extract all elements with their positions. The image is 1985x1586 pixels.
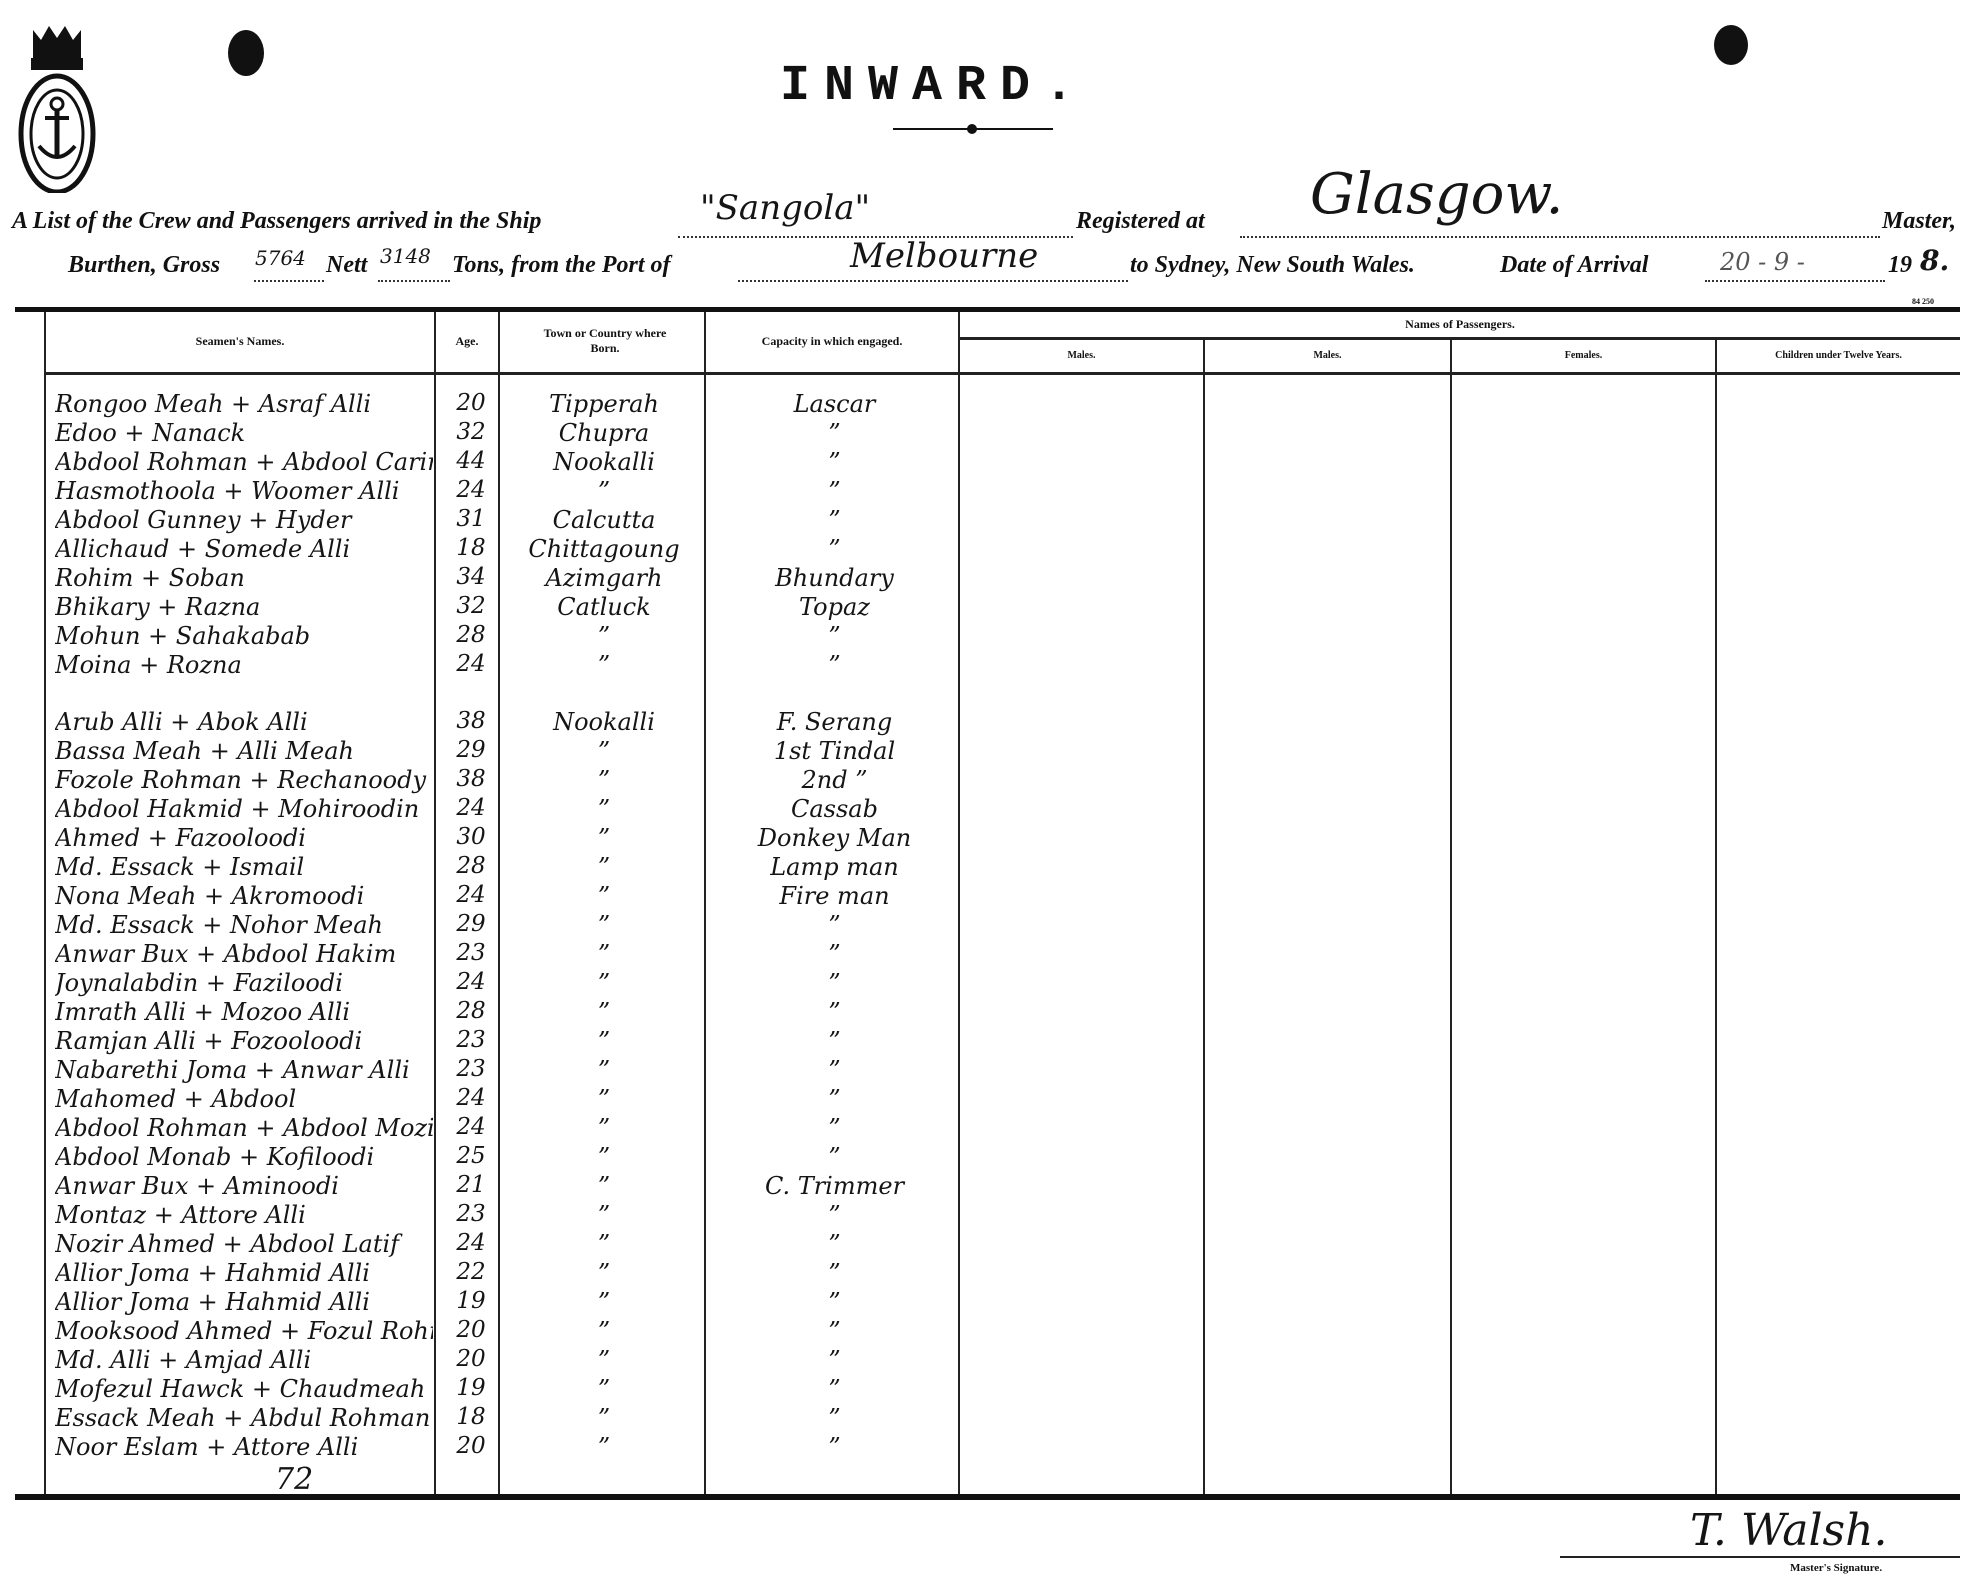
table-row: Joynalabdin + Faziloodi24”” (0, 969, 960, 998)
town-born-cell: Catluck (505, 593, 703, 621)
header-children: Children under Twelve Years. (1717, 350, 1960, 361)
seaman-name-cell: Md. Alli + Amjad Alli (55, 1346, 433, 1374)
capacity-cell: ” (712, 1288, 957, 1316)
table-top-rule (15, 307, 1960, 312)
capacity-cell: Topaz (712, 593, 957, 621)
table-row: Imrath Alli + Mozoo Alli28”” (0, 998, 960, 1027)
capacity-cell: ” (712, 940, 957, 968)
crew-total-count: 72 (275, 1462, 313, 1497)
table-row: Nona Meah + Akromoodi24”Fire man (0, 882, 960, 911)
header-town-born: Town or Country where Born. (530, 326, 680, 356)
from-port-field[interactable]: Melbourne (850, 236, 1038, 276)
capacity-cell: ” (712, 1375, 957, 1403)
age-cell: 29 (445, 737, 497, 763)
table-row: Abdool Rohman + Abdool Mozid24”” (0, 1114, 960, 1143)
table-row: Mooksood Ahmed + Fozul Rohman20”” (0, 1317, 960, 1346)
capacity-cell: 2nd ” (712, 766, 957, 794)
age-cell: 44 (445, 448, 497, 474)
town-born-cell: ” (505, 1317, 703, 1345)
col-border-females-children (1715, 340, 1717, 1494)
table-row: Md. Essack + Ismail28”Lamp man (0, 853, 960, 882)
seaman-name-cell: Montaz + Attore Alli (55, 1201, 433, 1229)
town-born-cell: ” (505, 1346, 703, 1374)
age-cell: 38 (445, 708, 497, 734)
ship-name-field[interactable]: "Sangola" (700, 188, 870, 228)
capacity-cell: ” (712, 419, 957, 447)
seaman-name-cell: Mooksood Ahmed + Fozul Rohman (55, 1317, 433, 1345)
gross-underline (254, 280, 324, 282)
table-row: Ahmed + Fazooloodi30”Donkey Man (0, 824, 960, 853)
seaman-name-cell: Allior Joma + Hahmid Alli (55, 1259, 433, 1287)
col-border-males-males (1203, 340, 1205, 1494)
seaman-name-cell: Essack Meah + Abdul Rohman (55, 1404, 433, 1432)
capacity-cell: ” (712, 1259, 957, 1287)
town-born-cell: Azimgarh (505, 564, 703, 592)
town-born-cell: ” (505, 1172, 703, 1200)
capacity-cell: ” (712, 1230, 957, 1258)
seaman-name-cell: Allichaud + Somede Alli (55, 535, 433, 563)
header-names-of-passengers: Names of Passengers. (960, 317, 1960, 332)
arrival-date-field[interactable]: 20 - 9 - (1720, 248, 1805, 276)
town-born-cell: ” (505, 766, 703, 794)
town-born-cell: ” (505, 1433, 703, 1461)
col-border-males-females (1450, 340, 1452, 1494)
capacity-cell: C. Trimmer (712, 1172, 957, 1200)
seaman-name-cell: Moina + Rozna (55, 651, 433, 679)
capacity-cell: ” (712, 1201, 957, 1229)
age-cell: 38 (445, 766, 497, 792)
capacity-cell: Donkey Man (712, 824, 957, 852)
capacity-cell: Fire man (712, 882, 957, 910)
table-row: Abdool Hakmid + Mohiroodin24”Cassab (0, 795, 960, 824)
table-row: Ramjan Alli + Fozooloodi23”” (0, 1027, 960, 1056)
table-row: Mohun + Sahakabab28”” (0, 622, 960, 651)
age-cell: 31 (445, 506, 497, 532)
town-born-cell: ” (505, 998, 703, 1026)
registered-underline (1240, 236, 1880, 238)
age-cell: 18 (445, 1404, 497, 1430)
table-row: Hasmothoola + Woomer Alli24”” (0, 477, 960, 506)
label-year-prefix: 19 (1888, 252, 1912, 279)
town-born-cell: Chupra (505, 419, 703, 447)
seaman-name-cell: Imrath Alli + Mozoo Alli (55, 998, 433, 1026)
gross-tons-field[interactable]: 5764 (255, 246, 306, 270)
label-registered: Registered at (1076, 208, 1205, 235)
header-males-2: Males. (1205, 350, 1450, 361)
town-born-cell: Nookalli (505, 448, 703, 476)
table-row: Abdool Gunney + Hyder31Calcutta” (0, 506, 960, 535)
table-row: Mofezul Hawck + Chaudmeah19”” (0, 1375, 960, 1404)
table-row: Anwar Bux + Abdool Hakim23”” (0, 940, 960, 969)
seaman-name-cell: Nozir Ahmed + Abdool Latif (55, 1230, 433, 1258)
label-crew-list: A List of the Crew and Passengers arrive… (12, 208, 541, 235)
capacity-cell: Bhundary (712, 564, 957, 592)
town-born-cell: ” (505, 1056, 703, 1084)
capacity-cell: Cassab (712, 795, 957, 823)
town-born-cell: Tipperah (505, 390, 703, 418)
capacity-cell: ” (712, 1433, 957, 1461)
town-born-cell: Calcutta (505, 506, 703, 534)
table-row: Md. Alli + Amjad Alli20”” (0, 1346, 960, 1375)
town-born-cell: ” (505, 911, 703, 939)
seaman-name-cell: Ramjan Alli + Fozooloodi (55, 1027, 433, 1055)
capacity-cell: ” (712, 998, 957, 1026)
age-cell: 19 (445, 1375, 497, 1401)
age-cell: 24 (445, 795, 497, 821)
seaman-name-cell: Arub Alli + Abok Alli (55, 708, 433, 736)
capacity-cell: ” (712, 1114, 957, 1142)
town-born-cell: ” (505, 824, 703, 852)
age-cell: 20 (445, 1433, 497, 1459)
nett-underline (378, 280, 450, 282)
capacity-cell: ” (712, 651, 957, 679)
age-cell: 18 (445, 535, 497, 561)
punch-hole-left (228, 30, 264, 76)
table-row: Bassa Meah + Alli Meah29”1st Tindal (0, 737, 960, 766)
age-cell: 24 (445, 1114, 497, 1140)
seaman-name-cell: Md. Essack + Nohor Meah (55, 911, 433, 939)
town-born-cell: ” (505, 882, 703, 910)
header-males-1: Males. (960, 350, 1203, 361)
seaman-name-cell: Anwar Bux + Abdool Hakim (55, 940, 433, 968)
age-cell: 23 (445, 1027, 497, 1053)
capacity-cell: Lamp man (712, 853, 957, 881)
age-cell: 24 (445, 651, 497, 677)
master-signature: T. Walsh. (1690, 1505, 1887, 1556)
age-cell: 19 (445, 1288, 497, 1314)
age-cell: 23 (445, 1056, 497, 1082)
nett-tons-field[interactable]: 3148 (380, 244, 431, 268)
age-cell: 23 (445, 1201, 497, 1227)
seaman-name-cell: Abdool Rohman + Abdool Mozid (55, 1114, 433, 1142)
town-born-cell: ” (505, 1027, 703, 1055)
town-born-cell: ” (505, 651, 703, 679)
table-row: Allichaud + Somede Alli18Chittagoung” (0, 535, 960, 564)
table-row: Rohim + Soban34AzimgarhBhundary (0, 564, 960, 593)
table-row: Essack Meah + Abdul Rohman18”” (0, 1404, 960, 1433)
age-cell: 20 (445, 390, 497, 416)
table-row: Noor Eslam + Attore Alli20”” (0, 1433, 960, 1462)
seaman-name-cell: Nona Meah + Akromoodi (55, 882, 433, 910)
seaman-name-cell: Mofezul Hawck + Chaudmeah (55, 1375, 433, 1403)
age-cell: 32 (445, 419, 497, 445)
signature-label: Master's Signature. (1790, 1562, 1882, 1574)
label-burthen-gross: Burthen, Gross (68, 252, 220, 279)
town-born-cell: ” (505, 1230, 703, 1258)
capacity-cell: ” (712, 1346, 957, 1374)
seaman-name-cell: Ahmed + Fazooloodi (55, 824, 433, 852)
table-row: Nozir Ahmed + Abdool Latif24”” (0, 1230, 960, 1259)
table-row: Mahomed + Abdool24”” (0, 1085, 960, 1114)
town-born-cell: ” (505, 1375, 703, 1403)
table-row: Fozole Rohman + Rechanoody38”2nd ” (0, 766, 960, 795)
seaman-name-cell: Bhikary + Razna (55, 593, 433, 621)
capacity-cell: ” (712, 622, 957, 650)
table-row: Abdool Rohman + Abdool Carim44Nookalli” (0, 448, 960, 477)
age-cell: 30 (445, 824, 497, 850)
arrival-date-underline (1705, 280, 1885, 282)
table-row: Edoo + Nanack32Chupra” (0, 419, 960, 448)
header-bottom-rule-left (45, 372, 960, 375)
capacity-cell: ” (712, 1317, 957, 1345)
label-tons-from-port: Tons, from the Port of (452, 252, 670, 279)
age-cell: 20 (445, 1346, 497, 1372)
seaman-name-cell: Abdool Gunney + Hyder (55, 506, 433, 534)
capacity-cell: ” (712, 506, 957, 534)
table-row: Allior Joma + Hahmid Alli19”” (0, 1288, 960, 1317)
title-ornament-dot (967, 124, 977, 134)
age-cell: 28 (445, 998, 497, 1024)
age-cell: 22 (445, 1259, 497, 1285)
year-suffix-field[interactable]: 8. (1920, 244, 1949, 277)
seaman-name-cell: Abdool Hakmid + Mohiroodin (55, 795, 433, 823)
seaman-name-cell: Mahomed + Abdool (55, 1085, 433, 1113)
seaman-name-cell: Md. Essack + Ismail (55, 853, 433, 881)
table-row: Allior Joma + Hahmid Alli22”” (0, 1259, 960, 1288)
town-born-cell: Nookalli (505, 708, 703, 736)
town-born-cell: ” (505, 477, 703, 505)
anchor-crown-seal-icon (15, 18, 100, 193)
age-cell: 32 (445, 593, 497, 619)
seaman-name-cell: Abdool Rohman + Abdool Carim (55, 448, 433, 476)
age-cell: 29 (445, 911, 497, 937)
header-seamen-names: Seamen's Names. (46, 334, 434, 349)
age-cell: 24 (445, 882, 497, 908)
capacity-cell: ” (712, 1056, 957, 1084)
town-born-cell: ” (505, 1259, 703, 1287)
seaman-name-cell: Joynalabdin + Faziloodi (55, 969, 433, 997)
header-bottom-rule-right (960, 372, 1960, 375)
age-cell: 24 (445, 1230, 497, 1256)
capacity-cell: Lascar (712, 390, 957, 418)
header-age: Age. (436, 334, 498, 349)
table-row: Moina + Rozna24”” (0, 651, 960, 680)
seaman-name-cell: Rongoo Meah + Asraf Alli (55, 390, 433, 418)
age-cell: 21 (445, 1172, 497, 1198)
seaman-name-cell: Edoo + Nanack (55, 419, 433, 447)
seaman-name-cell: Nabarethi Joma + Anwar Alli (55, 1056, 433, 1084)
seaman-name-cell: Noor Eslam + Attore Alli (55, 1433, 433, 1461)
capacity-cell: ” (712, 1027, 957, 1055)
capacity-cell: 1st Tindal (712, 737, 957, 765)
age-cell: 25 (445, 1143, 497, 1169)
age-cell: 20 (445, 1317, 497, 1343)
table-row: Md. Essack + Nohor Meah29”” (0, 911, 960, 940)
town-born-cell: ” (505, 737, 703, 765)
age-cell: 24 (445, 969, 497, 995)
age-cell: 24 (445, 1085, 497, 1111)
capacity-cell: ” (712, 535, 957, 563)
passengers-group-rule (960, 337, 1960, 340)
label-to-sydney: to Sydney, New South Wales. (1130, 252, 1415, 279)
seaman-name-cell: Rohim + Soban (55, 564, 433, 592)
town-born-cell: ” (505, 795, 703, 823)
label-nett: Nett (326, 252, 367, 279)
table-row: Arub Alli + Abok Alli38NookalliF. Serang (0, 708, 960, 737)
capacity-cell: ” (712, 969, 957, 997)
capacity-cell: ” (712, 1143, 957, 1171)
age-cell: 28 (445, 622, 497, 648)
shipping-master-seal (15, 18, 100, 193)
town-born-cell: ” (505, 1085, 703, 1113)
age-cell: 24 (445, 477, 497, 503)
town-born-cell: ” (505, 853, 703, 881)
page-title: INWARD. (780, 58, 1088, 115)
table-row: Abdool Monab + Kofiloodi25”” (0, 1143, 960, 1172)
form-code: 84 250 (1912, 297, 1934, 306)
town-born-cell: ” (505, 1404, 703, 1432)
capacity-cell: ” (712, 911, 957, 939)
signature-line (1560, 1556, 1960, 1558)
town-born-cell: ” (505, 1143, 703, 1171)
table-row: Bhikary + Razna32CatluckTopaz (0, 593, 960, 622)
seaman-name-cell: Abdool Monab + Kofiloodi (55, 1143, 433, 1171)
town-born-cell: ” (505, 940, 703, 968)
header-capacity: Capacity in which engaged. (706, 334, 958, 349)
table-row: Montaz + Attore Alli23”” (0, 1201, 960, 1230)
capacity-cell: ” (712, 448, 957, 476)
seaman-name-cell: Bassa Meah + Alli Meah (55, 737, 433, 765)
seaman-name-cell: Anwar Bux + Aminoodi (55, 1172, 433, 1200)
town-born-cell: ” (505, 622, 703, 650)
town-born-cell: Chittagoung (505, 535, 703, 563)
capacity-cell: ” (712, 477, 957, 505)
from-port-underline (738, 280, 1128, 282)
capacity-cell: F. Serang (712, 708, 957, 736)
capacity-cell: ” (712, 1404, 957, 1432)
age-cell: 28 (445, 853, 497, 879)
registered-port-field[interactable]: Glasgow. (1310, 162, 1563, 227)
age-cell: 23 (445, 940, 497, 966)
town-born-cell: ” (505, 1288, 703, 1316)
punch-hole-right (1714, 25, 1748, 65)
seaman-name-cell: Allior Joma + Hahmid Alli (55, 1288, 433, 1316)
town-born-cell: ” (505, 969, 703, 997)
age-cell: 34 (445, 564, 497, 590)
seaman-name-cell: Hasmothoola + Woomer Alli (55, 477, 433, 505)
seaman-name-cell: Mohun + Sahakabab (55, 622, 433, 650)
seaman-name-cell: Fozole Rohman + Rechanoody (55, 766, 433, 794)
label-master: Master, (1882, 208, 1956, 235)
table-row: Anwar Bux + Aminoodi21”C. Trimmer (0, 1172, 960, 1201)
label-date-arrival: Date of Arrival (1500, 252, 1648, 279)
header-females: Females. (1452, 350, 1715, 361)
town-born-cell: ” (505, 1201, 703, 1229)
capacity-cell: ” (712, 1085, 957, 1113)
table-row: Rongoo Meah + Asraf Alli20TipperahLascar (0, 390, 960, 419)
table-row: Nabarethi Joma + Anwar Alli23”” (0, 1056, 960, 1085)
town-born-cell: ” (505, 1114, 703, 1142)
